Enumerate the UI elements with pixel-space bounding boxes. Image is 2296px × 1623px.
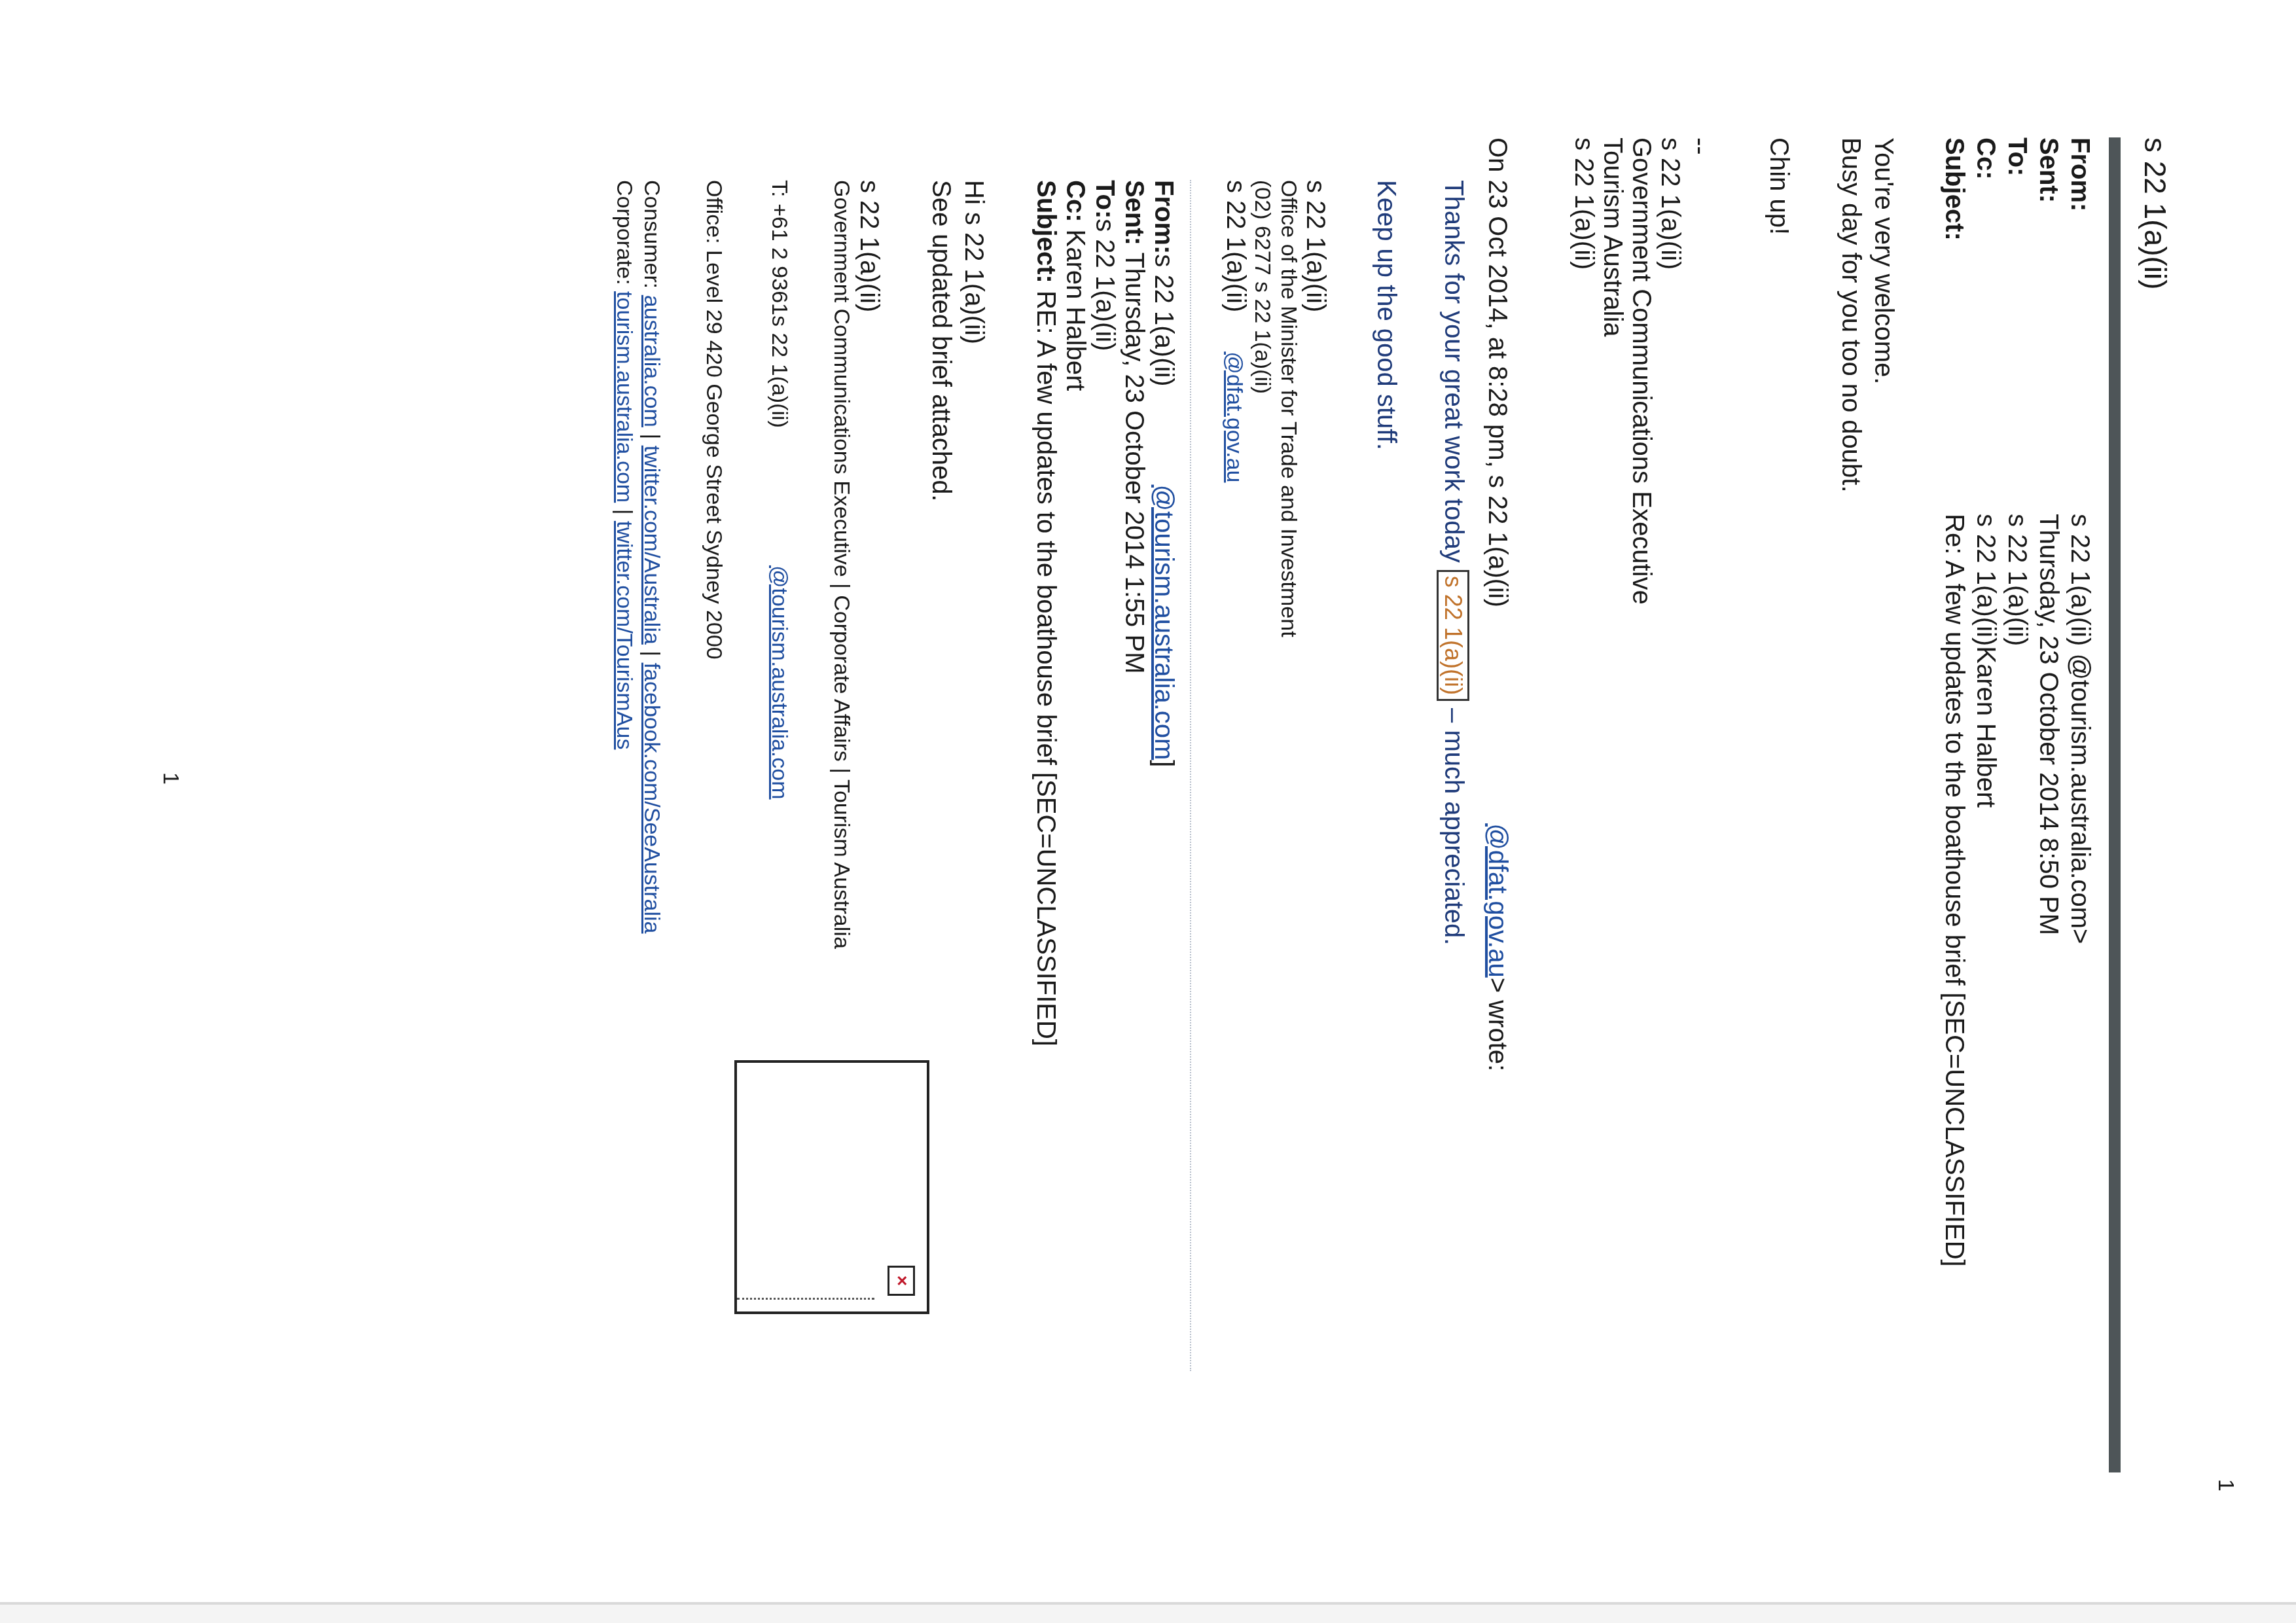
body-line-busy: Busy day for you too no doubt. bbox=[1836, 137, 1865, 493]
signature-dash: -- bbox=[1685, 137, 1715, 155]
from-value: s 22 1(a)(ii) @tourism.australia.com> bbox=[2065, 514, 2094, 944]
to-label: To: bbox=[2002, 137, 2032, 176]
signature-title: Government Communications Executive bbox=[1626, 137, 1656, 605]
cc-label: Cc: bbox=[1971, 137, 2000, 179]
orig-sent-line: Sent: Thursday, 23 October 2014 1:55 PM bbox=[1119, 180, 1149, 673]
corporate-label: Corporate: bbox=[612, 180, 637, 291]
quote-sig-email-link[interactable]: @dfat.gov.au bbox=[1222, 351, 1247, 482]
orig-sig-phone-line: T: +61 2 9361s 22 1(a)(ii)@tourism.austr… bbox=[766, 180, 792, 800]
quote-intro-prefix: On 23 Oct 2014, at 8:28 pm, s 22 1(a)(ii… bbox=[1483, 137, 1512, 607]
orig-to-value: s 22 1(a)(ii) bbox=[1090, 219, 1119, 351]
orig-from-close: ] bbox=[1149, 760, 1178, 767]
body-line-welcome: You're very welcome. bbox=[1869, 137, 1898, 384]
signature-name: s 22 1(a)(ii) bbox=[1655, 137, 1685, 270]
page-number-top: 1 bbox=[2213, 1479, 2238, 1491]
orig-corporate-links: Corporate: tourism.australia.com | twitt… bbox=[611, 180, 637, 749]
orig-sent-value: Thursday, 23 October 2014 1:55 PM bbox=[1120, 245, 1149, 673]
orig-message: See updated brief attached. bbox=[926, 180, 956, 501]
body-line-chin-up: Chin up! bbox=[1764, 137, 1793, 235]
orig-greeting: Hi s 22 1(a)(ii) bbox=[959, 180, 988, 344]
quote-sig-name: s 22 1(a)(ii) bbox=[1300, 180, 1330, 312]
orig-cc-label: Cc: bbox=[1061, 180, 1090, 222]
orig-from-value: s 22 1(a)(ii) bbox=[1149, 254, 1178, 386]
orig-sent-label: Sent: bbox=[1120, 180, 1149, 245]
quote-thanks: Thanks for your great work today s 22 1(… bbox=[1437, 180, 1469, 945]
signature-org: Tourism Australia bbox=[1598, 137, 1627, 337]
orig-sig-office: Office: Level 29 420 George Street Sydne… bbox=[701, 180, 726, 660]
quote-intro-email-link[interactable]: @dfat.gov.au bbox=[1483, 823, 1512, 978]
orig-subject-line: Subject: RE: A few updates to the boatho… bbox=[1031, 180, 1060, 1046]
link-separator: | bbox=[612, 503, 637, 521]
orig-from-line: From:s 22 1(a)(ii)@tourism.australia.com… bbox=[1149, 180, 1178, 767]
orig-sig-phone: T: +61 2 9361s 22 1(a)(ii) bbox=[767, 180, 792, 428]
orig-to-line: To:s 22 1(a)(ii) bbox=[1090, 180, 1119, 351]
orig-cc-line: Cc: Karen Halbert bbox=[1060, 180, 1090, 391]
orig-consumer-links: Consumer: australia.com | twitter.com/Au… bbox=[639, 180, 664, 934]
sent-label: Sent: bbox=[2034, 137, 2063, 203]
link-tourism-australia-com[interactable]: tourism.australia.com bbox=[612, 291, 637, 503]
link-separator: | bbox=[639, 645, 664, 663]
quote-sig-office: Office of the Minister for Trade and Inv… bbox=[1276, 180, 1301, 637]
quote-sig-email-prefix: s 22 1(a)(ii) bbox=[1221, 180, 1250, 312]
orig-from-email-link[interactable]: @tourism.australia.com bbox=[1149, 485, 1178, 760]
orig-sig-email-link[interactable]: @tourism.australia.com bbox=[767, 565, 792, 800]
link-twitter-australia[interactable]: twitter.com/Australia bbox=[639, 446, 664, 645]
orig-subject-label: Subject: bbox=[1031, 180, 1060, 283]
from-label: From: bbox=[2065, 137, 2094, 211]
to-value: s 22 1(a)(ii) bbox=[2002, 514, 2032, 646]
link-australia-com[interactable]: australia.com bbox=[639, 295, 664, 427]
broken-image-icon: × bbox=[888, 1266, 915, 1296]
image-placeholder-dotted-line bbox=[737, 1298, 874, 1300]
redaction-stamp: s 22 1(a)(ii) bbox=[1437, 570, 1469, 701]
image-placeholder: × bbox=[734, 1060, 929, 1314]
consumer-label: Consumer: bbox=[639, 180, 664, 295]
orig-sig-name: s 22 1(a)(ii) bbox=[854, 180, 884, 312]
header-rule bbox=[2109, 137, 2121, 1472]
orig-from-label: From: bbox=[1149, 180, 1178, 254]
quote-sig-phone: (02) 6277 s 22 1(a)(ii) bbox=[1249, 180, 1275, 394]
scanner-margin bbox=[0, 1605, 2296, 1623]
subject-value: Re: A few updates to the boathouse brief… bbox=[1939, 514, 1969, 1267]
thanks-suffix: – much appreciated. bbox=[1439, 708, 1468, 945]
sent-value: Thursday, 23 October 2014 8:50 PM bbox=[2034, 514, 2063, 935]
link-facebook-seeaustralia[interactable]: facebook.com/SeeAustralia bbox=[639, 663, 664, 934]
quote-intro-suffix: > wrote: bbox=[1483, 978, 1512, 1071]
thanks-text: Thanks for your great work today bbox=[1439, 180, 1468, 563]
link-twitter-tourismaus[interactable]: twitter.com/TourismAus bbox=[612, 521, 637, 750]
quote-intro: On 23 Oct 2014, at 8:28 pm, s 22 1(a)(ii… bbox=[1482, 137, 1512, 1071]
quote-sig-email-line: s 22 1(a)(ii)@dfat.gov.au bbox=[1221, 180, 1250, 483]
link-separator: | bbox=[639, 427, 664, 446]
document-page: 1 s 22 1(a)(ii) From: s 22 1(a)(ii) @tou… bbox=[0, 0, 2160, 1571]
orig-sig-title: Government Communications Executive | Co… bbox=[829, 180, 854, 949]
cc-value: s 22 1(a)(ii)Karen Halbert bbox=[1971, 514, 2000, 808]
quote-keep-up: Keep up the good stuff. bbox=[1371, 180, 1401, 450]
orig-cc-value: Karen Halbert bbox=[1061, 222, 1090, 391]
signature-extra: s 22 1(a)(ii) bbox=[1569, 137, 1598, 270]
page-number-bottom: 1 bbox=[158, 772, 183, 785]
orig-subject-value: RE: A few updates to the boathouse brief… bbox=[1031, 283, 1060, 1046]
sender-heading: s 22 1(a)(ii) bbox=[2138, 137, 2173, 290]
quote-separator bbox=[1190, 180, 1191, 1371]
orig-to-label: To: bbox=[1090, 180, 1119, 219]
subject-label: Subject: bbox=[1939, 137, 1969, 241]
